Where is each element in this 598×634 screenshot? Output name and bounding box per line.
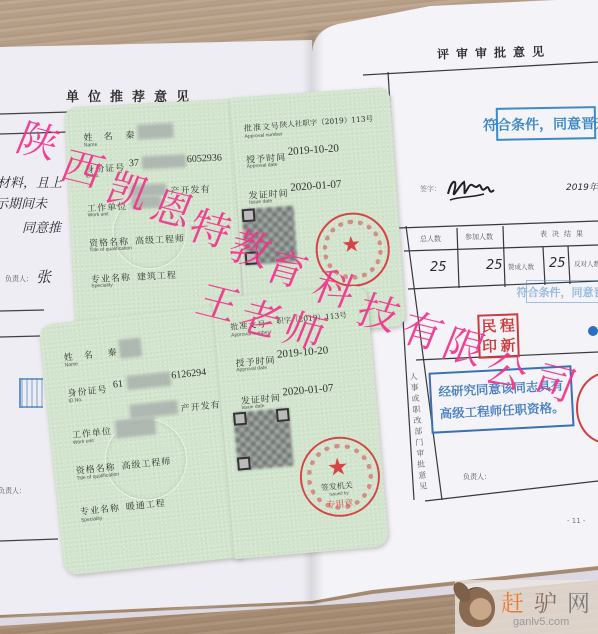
review-date: 2019年	[566, 180, 598, 193]
qr-finder-icon	[233, 412, 247, 426]
logo-char: 网	[567, 585, 590, 618]
site-logo[interactable]: 赶 驴 网 ganlv5.com	[455, 580, 598, 634]
responsible-signature: 张	[36, 266, 51, 287]
handwriting-line: 同意推	[22, 217, 61, 236]
against-label: 反对人数	[574, 259, 598, 268]
approval-number-value: 陕人社职字（2019）113号	[279, 113, 373, 130]
table-header-total: 总人数	[420, 234, 441, 244]
name-label-en: Name	[64, 361, 78, 368]
logo-char: 赶	[501, 585, 524, 618]
table-header-present: 参加人数	[465, 232, 493, 242]
specialty-label-en: Speciality	[81, 515, 103, 523]
responsible-label: 负责人：	[5, 274, 33, 284]
id-suffix: 6052936	[187, 152, 223, 165]
name-value: 秦	[125, 128, 136, 142]
approval-date-value: 2019-10-20	[287, 142, 339, 158]
redacted-name	[137, 123, 174, 140]
issue-date-value: 2020-01-07	[282, 382, 334, 398]
qr-finder-icon	[237, 457, 251, 471]
approval-number-label-en: Approval number	[244, 131, 282, 140]
redacted-id	[142, 154, 187, 169]
work-unit-value: 产开发有	[180, 398, 221, 415]
donkey-icon	[459, 587, 495, 627]
hr-responsible-label: 负责人：	[463, 472, 491, 482]
star-icon: ★	[341, 234, 362, 257]
favor-label: 赞成人数	[508, 262, 534, 271]
id-prefix: 37	[129, 158, 140, 170]
specialty-value: 建筑工程	[137, 268, 178, 283]
certificate-2-left-page: 姓 名 秦 Name 身份证号 61 6126294 ID No. 产开发有 工…	[38, 306, 243, 575]
reviewer-signature	[444, 172, 496, 206]
ink-dot	[588, 326, 598, 336]
total-count: 25	[430, 260, 447, 275]
handwriting-line: 示期间未	[0, 193, 47, 212]
id-label-en: ID No.	[68, 397, 83, 404]
approval-stamp-faded: 符合条件，同意晋升	[526, 280, 598, 303]
work-unit-label-en: Work unit	[87, 211, 108, 218]
approval-date-label-en: Approval date	[246, 162, 277, 170]
present-count: 25	[486, 258, 503, 273]
blue-stamp-fragment	[19, 378, 43, 408]
approval-stamp: 符合条件，同意晋升	[496, 106, 597, 141]
qr-finder-icon	[276, 408, 290, 422]
seal-bottom-text: 专用章	[326, 496, 354, 511]
favor-count: 25	[549, 256, 566, 271]
logo-char: 驴	[534, 585, 557, 618]
issue-date-label-en: Issue date	[249, 198, 272, 206]
id-prefix: 61	[112, 379, 123, 391]
table-header-result: 表决结果	[540, 229, 588, 239]
name-value: 秦	[107, 345, 118, 359]
approval-date-label-en: Approval date	[236, 365, 267, 374]
id-suffix: 6126294	[171, 367, 207, 382]
specialty-label-en: Speciality	[91, 282, 113, 289]
specialty-value: 暖通工程	[125, 496, 166, 513]
seal-char: 程	[498, 315, 517, 336]
responsible-label-lower: 负责人：	[0, 486, 26, 496]
redacted-name	[118, 338, 142, 359]
redacted-id	[126, 372, 171, 391]
issuing-authority-seal: ★ 签发机关 Issued by 专用章	[297, 433, 384, 520]
handwriting-line: 材料，且上	[0, 172, 62, 191]
star-icon: ★	[326, 454, 350, 480]
page-number: - 11 -	[567, 517, 585, 525]
issue-date-value: 2020-01-07	[290, 178, 342, 194]
work-unit-label-en: Work unit	[73, 438, 95, 446]
logo-domain: ganlv5.com	[513, 616, 569, 628]
sign-label: 签字：	[420, 184, 441, 194]
qr-finder-icon	[242, 208, 256, 222]
right-page-title: 评审审批意见	[437, 43, 551, 63]
